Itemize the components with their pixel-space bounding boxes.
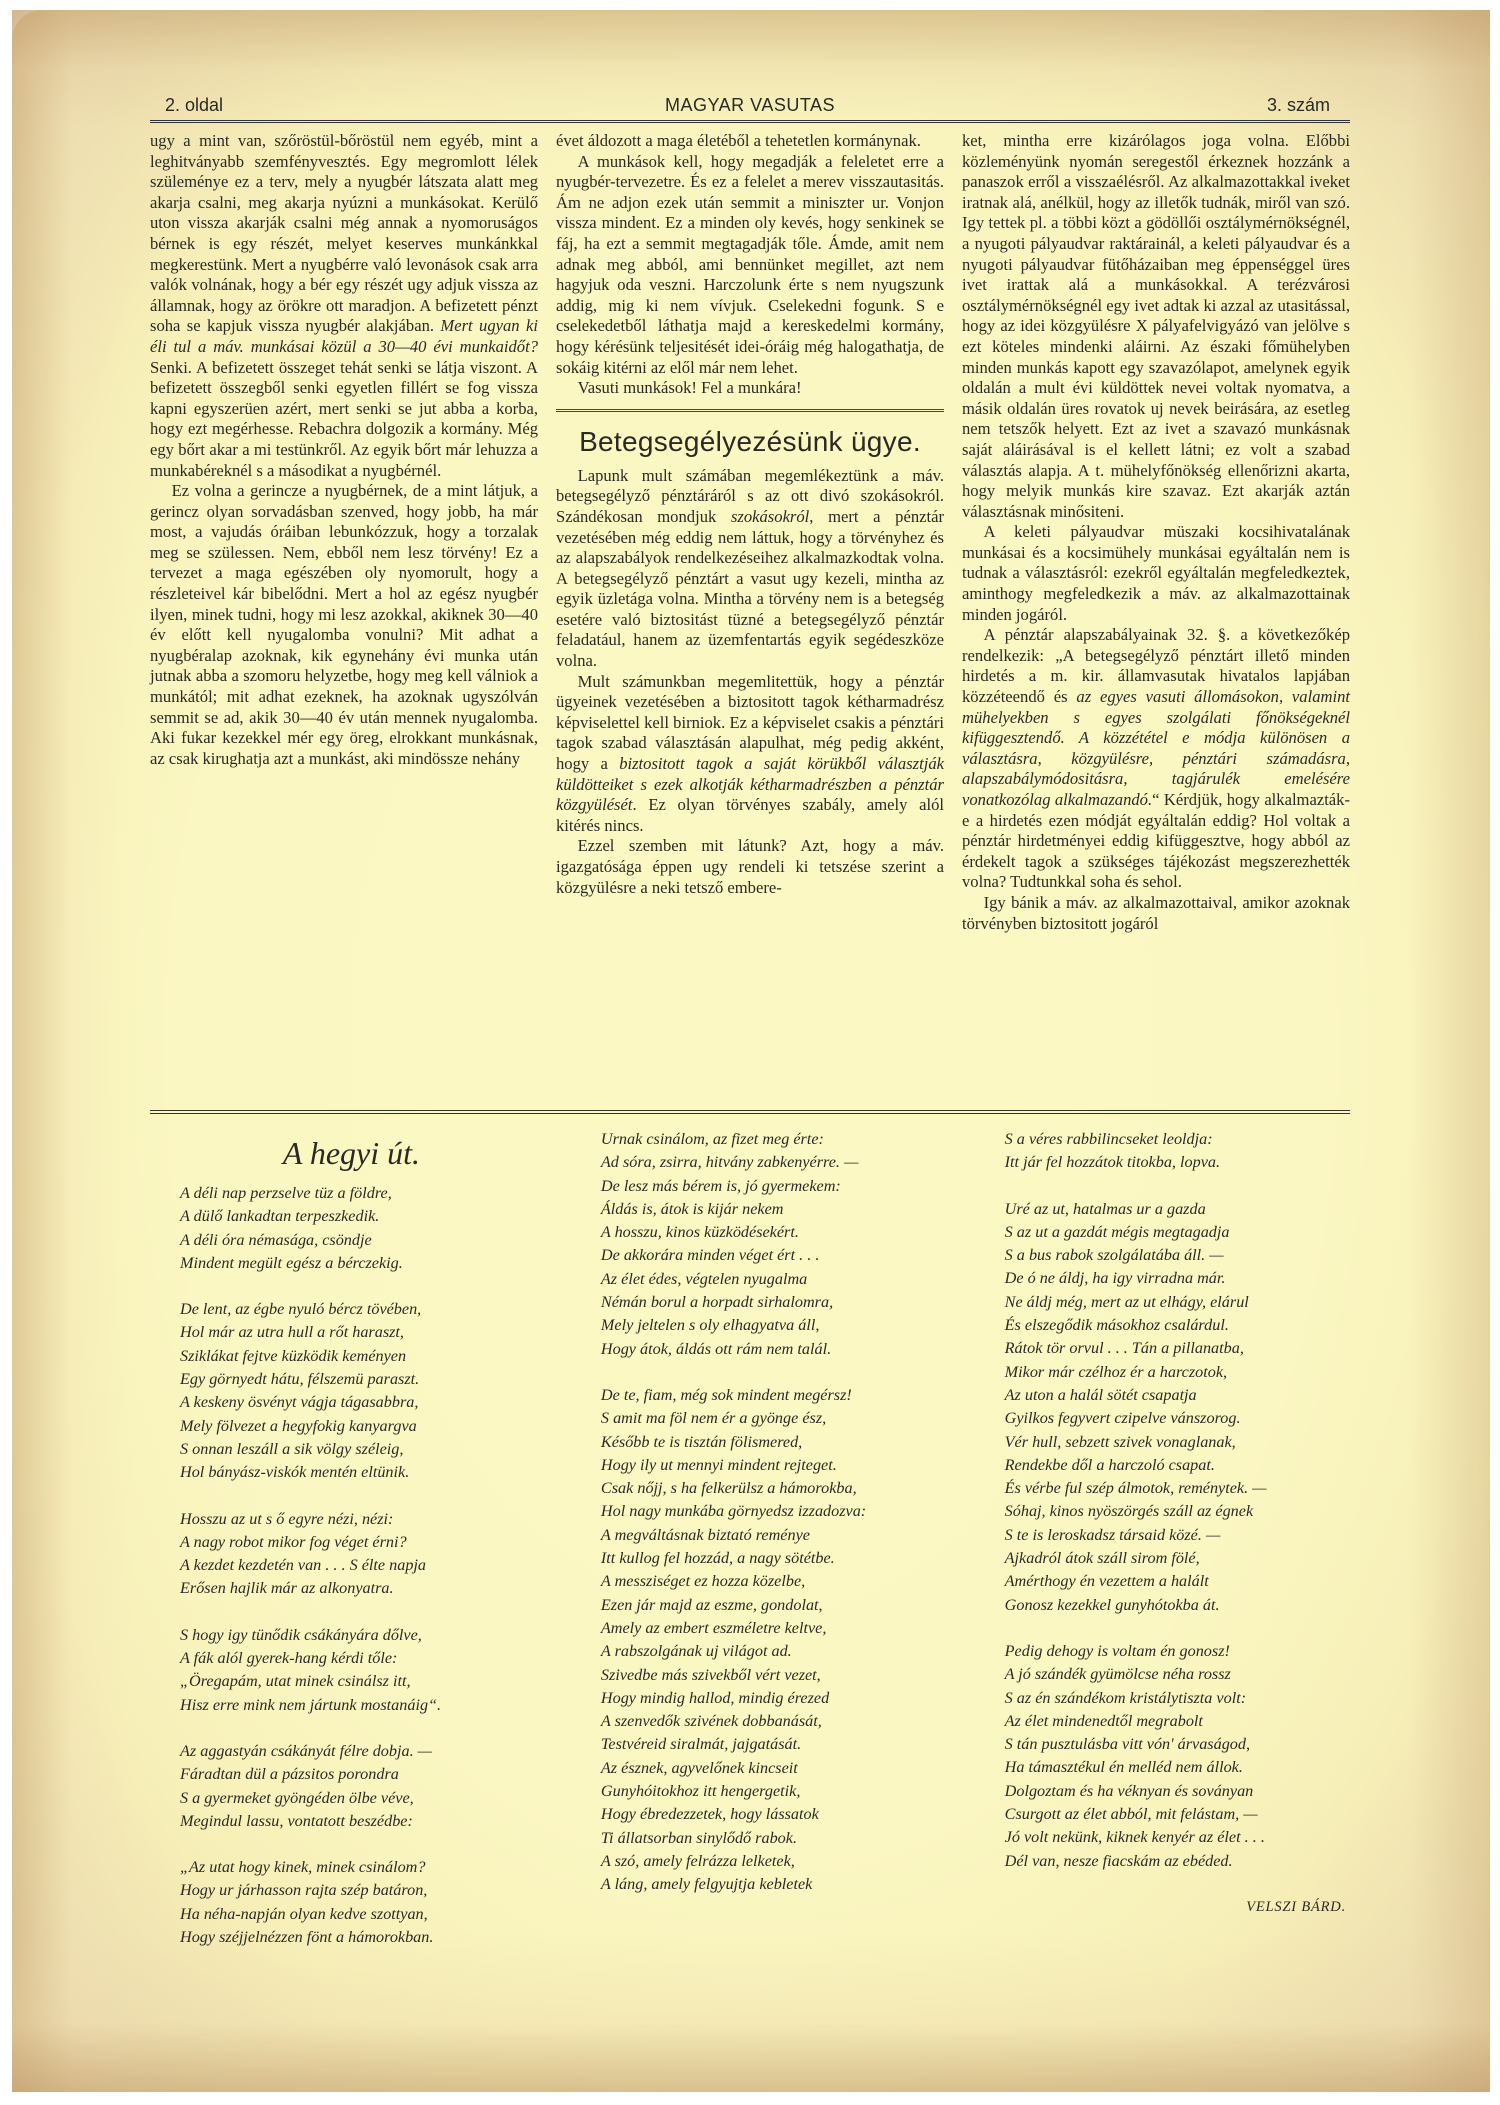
poem-line: Az élet édes, végtelen nyugalma xyxy=(601,1268,985,1291)
poem-line: Mely jeltelen s oly elhagyatva áll, xyxy=(601,1314,985,1337)
poem-line: Vér hull, sebzett szivek vonaglanak, xyxy=(1005,1431,1350,1454)
poem-line: Sóhaj, kinos nyöszörgés száll az égnek xyxy=(1005,1500,1350,1523)
poem-line: Sziklákat fejtve küzködik keményen xyxy=(180,1345,583,1368)
poem-author: VELSZI BÁRD. xyxy=(1005,1896,1350,1919)
poem-stanzas-3: S a véres rabbilincseket leoldja:Itt jár… xyxy=(1005,1128,1350,1873)
article-nyugber-part2: évet áldozott a maga életéből a tehetetl… xyxy=(556,131,944,399)
poem-line: A szó, amely felrázza lelketek, xyxy=(601,1850,985,1873)
poem-line: A szenvedők szivének dobbanását, xyxy=(601,1710,985,1733)
stanza: Urnak csinálom, az fizet meg érte:Ad sór… xyxy=(601,1128,985,1361)
poem-line: Az észnek, agyvelőnek kincseit xyxy=(601,1757,985,1780)
poem-line: Itt jár fel hozzátok titokba, lopva. xyxy=(1005,1151,1350,1174)
poem-line: De ó ne áldj, ha igy virradna már. xyxy=(1005,1267,1350,1290)
poem-line: Ne áldj még, mert az ut elhágy, elárul xyxy=(1005,1291,1350,1314)
article-betegsegelyezes-part2: ket, mintha erre kizárólagos joga volna.… xyxy=(962,131,1350,934)
paragraph: Ezzel szemben mit látunk? Azt, hogy a má… xyxy=(556,836,944,898)
poem-line: Hol nagy munkába görnyedsz izzadozva: xyxy=(601,1500,985,1523)
poem-line: Gonosz kezekkel gunyhótokba át. xyxy=(1005,1594,1350,1617)
poem-line: A rabszolgának uj világot ad. xyxy=(601,1640,985,1663)
poem-line: A déli óra némasága, csöndje xyxy=(180,1229,583,1252)
poem-line: S az én szándékom kristálytiszta volt: xyxy=(1005,1687,1350,1710)
poem-line: A déli nap perzselve tüz a földre, xyxy=(180,1182,583,1205)
poem-line: Szivedbe más szivekből vért vezet, xyxy=(601,1664,985,1687)
stanza: Uré az ut, hatalmas ur a gazdaS az ut a … xyxy=(1005,1198,1350,1617)
poem-line: Gunyhóitokhoz itt hengergetik, xyxy=(601,1780,985,1803)
poem-line: A kezdet kezdetén van . . . S élte napja xyxy=(180,1554,583,1577)
paragraph: Mult számunkban megemlitettük, hogy a pé… xyxy=(556,672,944,837)
poem-line: Hisz erre mink nem jártunk mostanáig“. xyxy=(180,1694,583,1717)
poem-line: Az élet mindenedtől megrabolt xyxy=(1005,1710,1350,1733)
poem-line: Dél van, nesze fiacskám az ebéded. xyxy=(1005,1850,1350,1873)
poem-line: A nagy robot mikor fog véget érni? xyxy=(180,1531,583,1554)
poem-stanzas-1: A déli nap perzselve tüz a földre,A dülő… xyxy=(180,1182,583,1949)
poem-line: Ezen jár majd az eszme, gondolat, xyxy=(601,1594,985,1617)
poem-line: Ajkadról átok száll sirom fölé, xyxy=(1005,1547,1350,1570)
poem-line: Áldás is, átok is kijár nekem xyxy=(601,1198,985,1221)
poem-line: Az uton a halál sötét csapatja xyxy=(1005,1384,1350,1407)
poem-line: Egy görnyedt hátu, félszemü paraszt. xyxy=(180,1368,583,1391)
stanza: „Az utat hogy kinek, minek csinálom?Hogy… xyxy=(180,1856,583,1949)
paragraph: ugy a mint van, szőröstül-bőröstül nem e… xyxy=(150,131,538,481)
poem-line: Uré az ut, hatalmas ur a gazda xyxy=(1005,1198,1350,1221)
poem-line: Ha néha-napján olyan kedve szottyan, xyxy=(180,1903,583,1926)
poem-line: Gyilkos fegyvert czipelve vánszorog. xyxy=(1005,1407,1350,1430)
poem-line: Ti állatsorban sinylődő rabok. xyxy=(601,1827,985,1850)
paragraph: A munkások kell, hogy megadják a felelet… xyxy=(556,152,944,379)
poem-line: A messziséget ez hozza közelbe, xyxy=(601,1570,985,1593)
section-divider xyxy=(556,409,944,412)
poem-line: S onnan leszáll a sik völgy széleig, xyxy=(180,1438,583,1461)
poem-line: Rendekbe dől a harczoló csapat. xyxy=(1005,1454,1350,1477)
poem-line: S amit ma föl nem ér a gyönge ész, xyxy=(601,1407,985,1430)
column-1: ugy a mint van, szőröstül-bőröstül nem e… xyxy=(150,131,538,934)
page-content: 2. oldal MAGYAR VASUTAS 3. szám ugy a mi… xyxy=(150,80,1350,934)
paragraph: A keleti pályaudvar müszaki kocsihivatal… xyxy=(962,522,1350,625)
poem-divider xyxy=(150,1110,1350,1114)
poem-column-2: Urnak csinálom, az fizet meg érte:Ad sór… xyxy=(583,1128,985,1972)
poem-line: S hogy igy tünődik csákányára dőlve, xyxy=(180,1624,583,1647)
article-title-betegsegelyezes: Betegsegélyezésünk ügye. xyxy=(556,426,944,458)
poem-line: Hogy ur járhasson rajta szép batáron, xyxy=(180,1879,583,1902)
poem-line: A hosszu, kinos küzködésekért. xyxy=(601,1221,985,1244)
poem-line: De lent, az égbe nyuló bércz tövében, xyxy=(180,1298,583,1321)
column-3: ket, mintha erre kizárólagos joga volna.… xyxy=(962,131,1350,934)
poem-line: Itt kullog fel hozzád, a nagy sötétbe. xyxy=(601,1547,985,1570)
poem-line: Mely fölvezet a hegyfokig kanyargva xyxy=(180,1415,583,1438)
stanza: Az aggastyán csákányát félre dobja. —Fár… xyxy=(180,1740,583,1833)
poem-line: S az ut a gazdát mégis megtagadja xyxy=(1005,1221,1350,1244)
poem-line: Később te is tisztán fölismered, xyxy=(601,1431,985,1454)
poem-line: Csak nőjj, s ha felkerülsz a hámorokba, xyxy=(601,1477,985,1500)
poem-line: Erősen hajlik már az alkonyatra. xyxy=(180,1577,583,1600)
stanza: S a véres rabbilincseket leoldja:Itt jár… xyxy=(1005,1128,1350,1175)
paragraph: évet áldozott a maga életéből a tehetetl… xyxy=(556,131,944,152)
publication-title: MAGYAR VASUTAS xyxy=(150,95,1350,116)
poem-line: Amely az embert eszméletre keltve, xyxy=(601,1617,985,1640)
poem-a-hegyi-ut: A hegyi út. A déli nap perzselve tüz a f… xyxy=(150,1128,1350,1972)
article-columns: ugy a mint van, szőröstül-bőröstül nem e… xyxy=(150,131,1350,934)
paragraph: Vasuti munkások! Fel a munkára! xyxy=(556,378,944,399)
poem-line: Jó volt nekünk, kiknek kenyér az élet . … xyxy=(1005,1826,1350,1849)
stanza: Pedig dehogy is voltam én gonosz!A jó sz… xyxy=(1005,1640,1350,1873)
stanza: De lent, az égbe nyuló bércz tövében,Hol… xyxy=(180,1298,583,1484)
poem-line: Ad sóra, zsirra, hitvány zabkenyérre. — xyxy=(601,1151,985,1174)
running-head: 2. oldal MAGYAR VASUTAS 3. szám xyxy=(150,80,1350,123)
poem-line: A keskeny ösvényt vágja tágasabbra, xyxy=(180,1391,583,1414)
poem-line: És elszegődik másokhoz csalárdul. xyxy=(1005,1314,1350,1337)
poem-line: A jó szándék gyümölcse néha rossz xyxy=(1005,1663,1350,1686)
poem-line: Fáradtan dül a pázsitos porondra xyxy=(180,1763,583,1786)
poem-line: Megindul lassu, vontatott beszédbe: xyxy=(180,1810,583,1833)
stanza: A déli nap perzselve tüz a földre,A dülő… xyxy=(180,1182,583,1275)
poem-line: „Az utat hogy kinek, minek csinálom? xyxy=(180,1856,583,1879)
poem-line: S a bus rabok szolgálatába áll. — xyxy=(1005,1244,1350,1267)
issue-number: 3. szám xyxy=(1267,95,1330,116)
poem-line: De lesz más bérem is, jó gyermekem: xyxy=(601,1175,985,1198)
poem-line: De te, fiam, még sok mindent megérsz! xyxy=(601,1384,985,1407)
poem-line: A megváltásnak biztató reménye xyxy=(601,1524,985,1547)
poem-title: A hegyi út. xyxy=(180,1134,583,1172)
paragraph: Igy bánik a máv. az alkalmazottaival, am… xyxy=(962,893,1350,934)
poem-line: És vérbe ful szép álmotok, reménytek. — xyxy=(1005,1477,1350,1500)
stanza: Hosszu az ut s ő egyre nézi, nézi:A nagy… xyxy=(180,1508,583,1601)
poem-line: Dolgoztam és ha véknyan és soványan xyxy=(1005,1780,1350,1803)
poem-line: Hosszu az ut s ő egyre nézi, nézi: xyxy=(180,1508,583,1531)
poem-line: Hogy ébredezzetek, hogy lássatok xyxy=(601,1803,985,1826)
poem-line: Hogy ily ut mennyi mindent rejteget. xyxy=(601,1454,985,1477)
poem-line: Mikor már czélhoz ér a harczotok, xyxy=(1005,1361,1350,1384)
paragraph: A pénztár alapszabályainak 32. §. a köve… xyxy=(962,625,1350,893)
article-nyugber-part1: ugy a mint van, szőröstül-bőröstül nem e… xyxy=(150,131,538,769)
poem-line: Hogy átok, áldás ott rám nem talál. xyxy=(601,1338,985,1361)
poem-line: S a véres rabbilincseket leoldja: xyxy=(1005,1128,1350,1151)
stanza: De te, fiam, még sok mindent megérsz!S a… xyxy=(601,1384,985,1897)
poem-line: S a gyermeket gyöngéden ölbe véve, xyxy=(180,1787,583,1810)
poem-line: Hol már az utra hull a rőt haraszt, xyxy=(180,1321,583,1344)
poem-line: Rátok tör orvul . . . Tán a pillanatba, xyxy=(1005,1337,1350,1360)
paragraph: ket, mintha erre kizárólagos joga volna.… xyxy=(962,131,1350,522)
poem-line: Némán borul a horpadt sirhalomra, xyxy=(601,1291,985,1314)
stanza: S hogy igy tünődik csákányára dőlve,A fá… xyxy=(180,1624,583,1717)
poem-stanzas-2: Urnak csinálom, az fizet meg érte:Ad sór… xyxy=(601,1128,985,1897)
poem-line: S tán pusztulásba vitt vón' árvaságod, xyxy=(1005,1733,1350,1756)
poem-line: Pedig dehogy is voltam én gonosz! xyxy=(1005,1640,1350,1663)
poem-line: De akkorára minden véget ért . . . xyxy=(601,1244,985,1267)
poem-line: Testvéreid siralmát, jajgatását. xyxy=(601,1733,985,1756)
poem-line: A dülő lankadtan terpeszkedik. xyxy=(180,1205,583,1228)
poem-column-1: A hegyi út. A déli nap perzselve tüz a f… xyxy=(150,1128,583,1972)
poem-line: A láng, amely felgyujtja kebletek xyxy=(601,1873,985,1896)
article-betegsegelyezes-part1: Lapunk mult számában megemlékeztünk a má… xyxy=(556,466,944,898)
poem-line: Urnak csinálom, az fizet meg érte: xyxy=(601,1128,985,1151)
paragraph: Lapunk mult számában megemlékeztünk a má… xyxy=(556,466,944,672)
column-2: évet áldozott a maga életéből a tehetetl… xyxy=(556,131,944,934)
poem-line: Hogy széjjelnézzen fönt a hámorokban. xyxy=(180,1926,583,1949)
poem-column-3: S a véres rabbilincseket leoldja:Itt jár… xyxy=(985,1128,1350,1972)
poem-line: Mindent megült egész a bérczekig. xyxy=(180,1252,583,1275)
poem-line: Ha támasztékul én melléd nem állok. xyxy=(1005,1756,1350,1779)
poem-line: A fák alól gyerek-hang kérdi tőle: xyxy=(180,1647,583,1670)
poem-line: Amérthogy én vezettem a halált xyxy=(1005,1570,1350,1593)
poem-line: Az aggastyán csákányát félre dobja. — xyxy=(180,1740,583,1763)
poem-line: S te is leroskadsz társaid közé. — xyxy=(1005,1524,1350,1547)
paragraph: Ez volna a gerincze a nyugbérnek, de a m… xyxy=(150,481,538,769)
poem-line: Csurgott az élet abból, mit felástam, — xyxy=(1005,1803,1350,1826)
poem-line: Hol bányász-viskók mentén eltünik. xyxy=(180,1461,583,1484)
poem-line: „Öregapám, utat minek csinálsz itt, xyxy=(180,1670,583,1693)
poem-line: Hogy mindig hallod, mindig érezed xyxy=(601,1687,985,1710)
